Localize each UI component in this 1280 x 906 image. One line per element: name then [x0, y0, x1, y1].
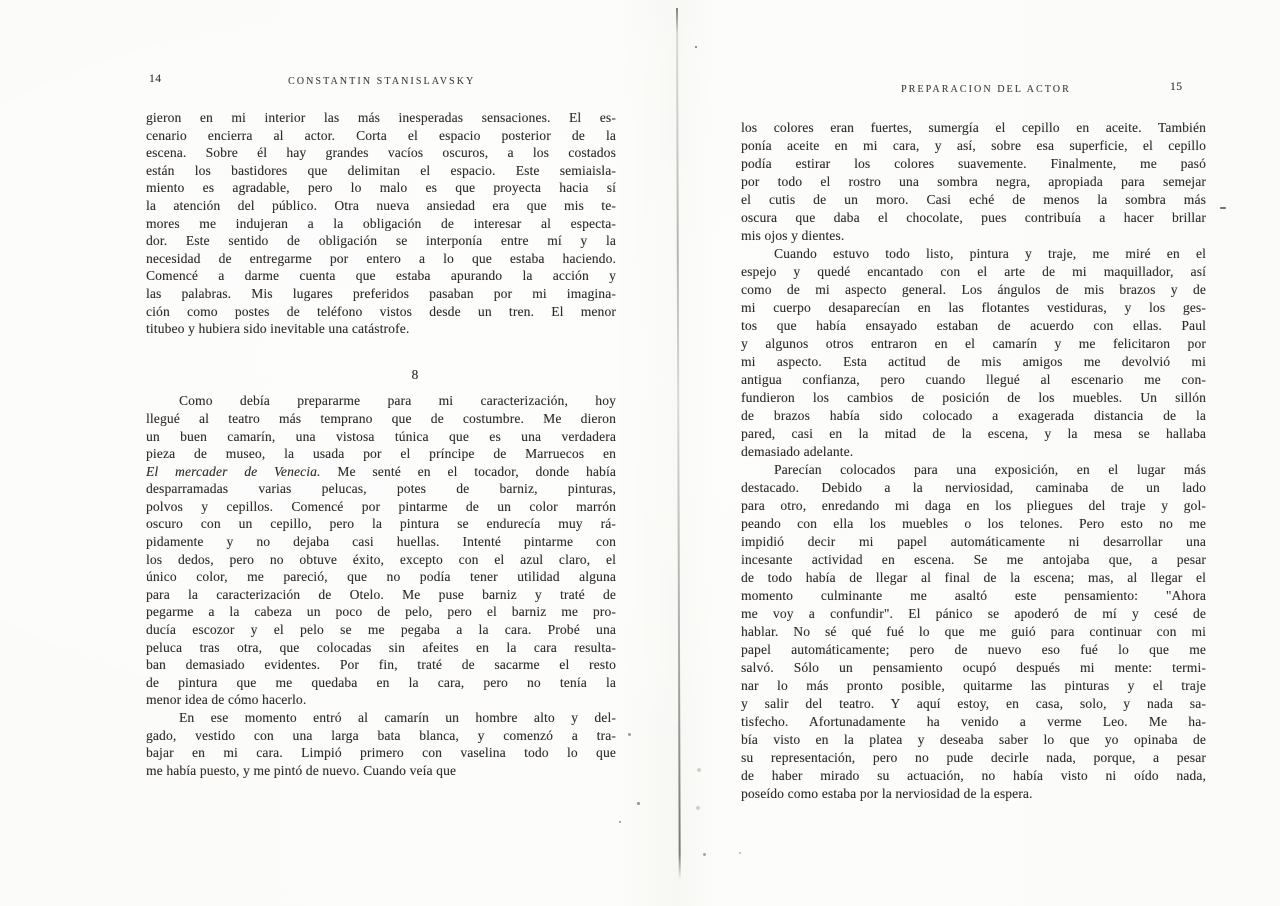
text-line: ponía aceite en mi cara, y así, sobre es…: [741, 137, 1206, 155]
text-line: cenario encierra al actor. Corta el espa…: [146, 127, 616, 145]
text-line: para otro, enredando mi daga en los plie…: [741, 497, 1206, 515]
text-line: nar lo más pronto posible, quitarme las …: [741, 677, 1206, 695]
text-line: podía estirar los colores suavemente. Fi…: [741, 155, 1206, 173]
scan-speck: [1220, 207, 1226, 209]
scan-speck: [697, 768, 701, 772]
text-line: mi cuerpo desaparecían en las flotantes …: [741, 299, 1206, 317]
text-line: Comencé a darme cuenta que estaba apuran…: [146, 267, 616, 285]
text-line: me había puesto, y me pintó de nuevo. Cu…: [146, 762, 616, 780]
text-line: su representación, pero no pude decirle …: [741, 749, 1206, 767]
right-running-header: PREPARACION DEL ACTOR: [901, 84, 1071, 95]
paragraph: Cuando estuvo todo listo, pintura y traj…: [741, 245, 1206, 461]
text-line: salvó. Sólo un pensamiento ocupó después…: [741, 659, 1206, 677]
text-line: como de mi aspecto general. Los ángulos …: [741, 281, 1206, 299]
text-line: la atención del público. Otra nueva ansi…: [146, 197, 616, 215]
text-line: poseído como estaba por la nerviosidad d…: [741, 785, 1206, 803]
text-line: pegarme a la cabeza un poco de pelo, per…: [146, 603, 616, 621]
text-line: y salir del teatro. Y aquí estoy, en cas…: [741, 695, 1206, 713]
scan-speck: [695, 46, 697, 48]
scan-speck: [696, 806, 700, 810]
text-line: espejo y quedé encantado con el arte de …: [741, 263, 1206, 281]
text-line: papel automáticamente; pero de nuevo eso…: [741, 641, 1206, 659]
scan-speck: [619, 821, 621, 823]
text-line: incesante actividad en escena. Se me ant…: [741, 551, 1206, 569]
scan-speck: [628, 733, 631, 736]
scan-speck: [637, 802, 640, 805]
text-line: hablar. No sé qué fué lo que me guió par…: [741, 623, 1206, 641]
text-line: ción como postes de teléfono vistos desd…: [146, 303, 616, 321]
paragraph: En ese momento entró al camarín un hombr…: [146, 709, 616, 779]
left-running-header: CONSTANTIN STANISLAVSKY: [288, 76, 475, 87]
text-line: desparramadas varias pelucas, potes de b…: [146, 480, 616, 498]
right-page-text-column: los colores eran fuertes, sumergía el ce…: [741, 119, 1206, 803]
text-line: pidamente y no dejaba casi huellas. Inte…: [146, 533, 616, 551]
text-line: necesidad de entregarme por entero a lo …: [146, 250, 616, 268]
paragraph: los colores eran fuertes, sumergía el ce…: [741, 119, 1206, 245]
text-line: de todo había de llegar al final de la e…: [741, 569, 1206, 587]
text-line: el cutis de un moro. Casi eché de menos …: [741, 191, 1206, 209]
text-line: impidió decir mi papel automáticamente n…: [741, 533, 1206, 551]
text-line: oscura que daba el chocolate, pues contr…: [741, 209, 1206, 227]
text-line: gieron en mi interior las más inesperada…: [146, 109, 616, 127]
text-line: tos que había ensayado estaban de acuerd…: [741, 317, 1206, 335]
text-line: titubeo y hubiera sido inevitable una ca…: [146, 320, 616, 338]
text-line: peluca tras otra, que colocadas sin afei…: [146, 639, 616, 657]
text-line: Cuando estuvo todo listo, pintura y traj…: [741, 245, 1206, 263]
text-line: me voy a confundir". El pánico se apoder…: [741, 605, 1206, 623]
text-line: dor. Este sentido de obligación se inter…: [146, 232, 616, 250]
text-line: las palabras. Mis lugares preferidos pas…: [146, 285, 616, 303]
text-line: mi aspecto. Esta actitud de mis amigos m…: [741, 353, 1206, 371]
text-line: ducía escozor y el pelo se me pegaba a l…: [146, 621, 616, 639]
text-line: por todo el rostro una sombra negra, apr…: [741, 173, 1206, 191]
paragraph: Parecían colocados para una exposición, …: [741, 461, 1206, 803]
text-line: ban demasiado evidentes. Por fin, traté …: [146, 656, 616, 674]
left-page-number: 14: [149, 73, 162, 85]
text-line: pared, casi en la mitad de la escena, y …: [741, 425, 1206, 443]
text-line: único color, me pareció, que no podía te…: [146, 568, 616, 586]
right-page-number: 15: [1170, 81, 1183, 93]
text-line: menor idea de cómo hacerlo.: [146, 691, 616, 709]
text-line: demasiado adelante.: [741, 443, 1206, 461]
scan-speck: [739, 852, 741, 854]
text-line: El mercader de Venecia. Me senté en el t…: [146, 463, 616, 481]
text-line: para la caracterización de Otelo. Me pus…: [146, 586, 616, 604]
text-line: fundieron los cambios de posición de los…: [741, 389, 1206, 407]
text-line: llegué al teatro más temprano que de cos…: [146, 410, 616, 428]
text-line: En ese momento entró al camarín un hombr…: [146, 709, 616, 727]
text-line: destacado. Debido a la nerviosidad, cami…: [741, 479, 1206, 497]
text-line: y algunos otros entraron en el camarín y…: [741, 335, 1206, 353]
text-line: un buen camarín, una vistosa túnica que …: [146, 428, 616, 446]
text-line: Como debía prepararme para mi caracteriz…: [146, 392, 616, 410]
text-line: mis ojos y dientes.: [741, 227, 1206, 245]
text-line: pieza de museo, la usada por el príncipe…: [146, 445, 616, 463]
text-line: peando con ella los muebles o los telone…: [741, 515, 1206, 533]
paragraph: Como debía prepararme para mi caracteriz…: [146, 392, 616, 709]
text-line: los dedos, pero no obtuve éxito, excepto…: [146, 551, 616, 569]
text-line: antigua confianza, pero cuando llegué al…: [741, 371, 1206, 389]
text-line: de pintura que me quedaba en la cara, pe…: [146, 674, 616, 692]
text-line: tisfecho. Afortunadamente ha venido a ve…: [741, 713, 1206, 731]
paragraph: gieron en mi interior las más inesperada…: [146, 109, 616, 338]
text-line: de haber mirado su actuación, no había v…: [741, 767, 1206, 785]
left-page-text-column: gieron en mi interior las más inesperada…: [146, 109, 616, 779]
text-line: de brazos había sido colocado a exagerad…: [741, 407, 1206, 425]
text-line: bajar en mi cara. Limpió primero con vas…: [146, 744, 616, 762]
text-line: gado, vestido con una larga bata blanca,…: [146, 727, 616, 745]
section-number-heading: 8: [146, 366, 616, 384]
text-line: bía visto en la platea y deseaba saber l…: [741, 731, 1206, 749]
text-line: Parecían colocados para una exposición, …: [741, 461, 1206, 479]
scan-speck: [703, 853, 706, 856]
text-line: están los bastidores que delimitan el es…: [146, 162, 616, 180]
text-line: momento culminante me asaltó este pensam…: [741, 587, 1206, 605]
text-line: los colores eran fuertes, sumergía el ce…: [741, 119, 1206, 137]
text-line: miento es agradable, pero lo malo es que…: [146, 179, 616, 197]
text-line: escena. Sobre él hay grandes vacíos oscu…: [146, 144, 616, 162]
text-line: polvos y cepillos. Comencé por pintarme …: [146, 498, 616, 516]
text-line: oscuro con un cepillo, pero la pintura s…: [146, 515, 616, 533]
text-line: mores me indujeran a la obligación de in…: [146, 215, 616, 233]
